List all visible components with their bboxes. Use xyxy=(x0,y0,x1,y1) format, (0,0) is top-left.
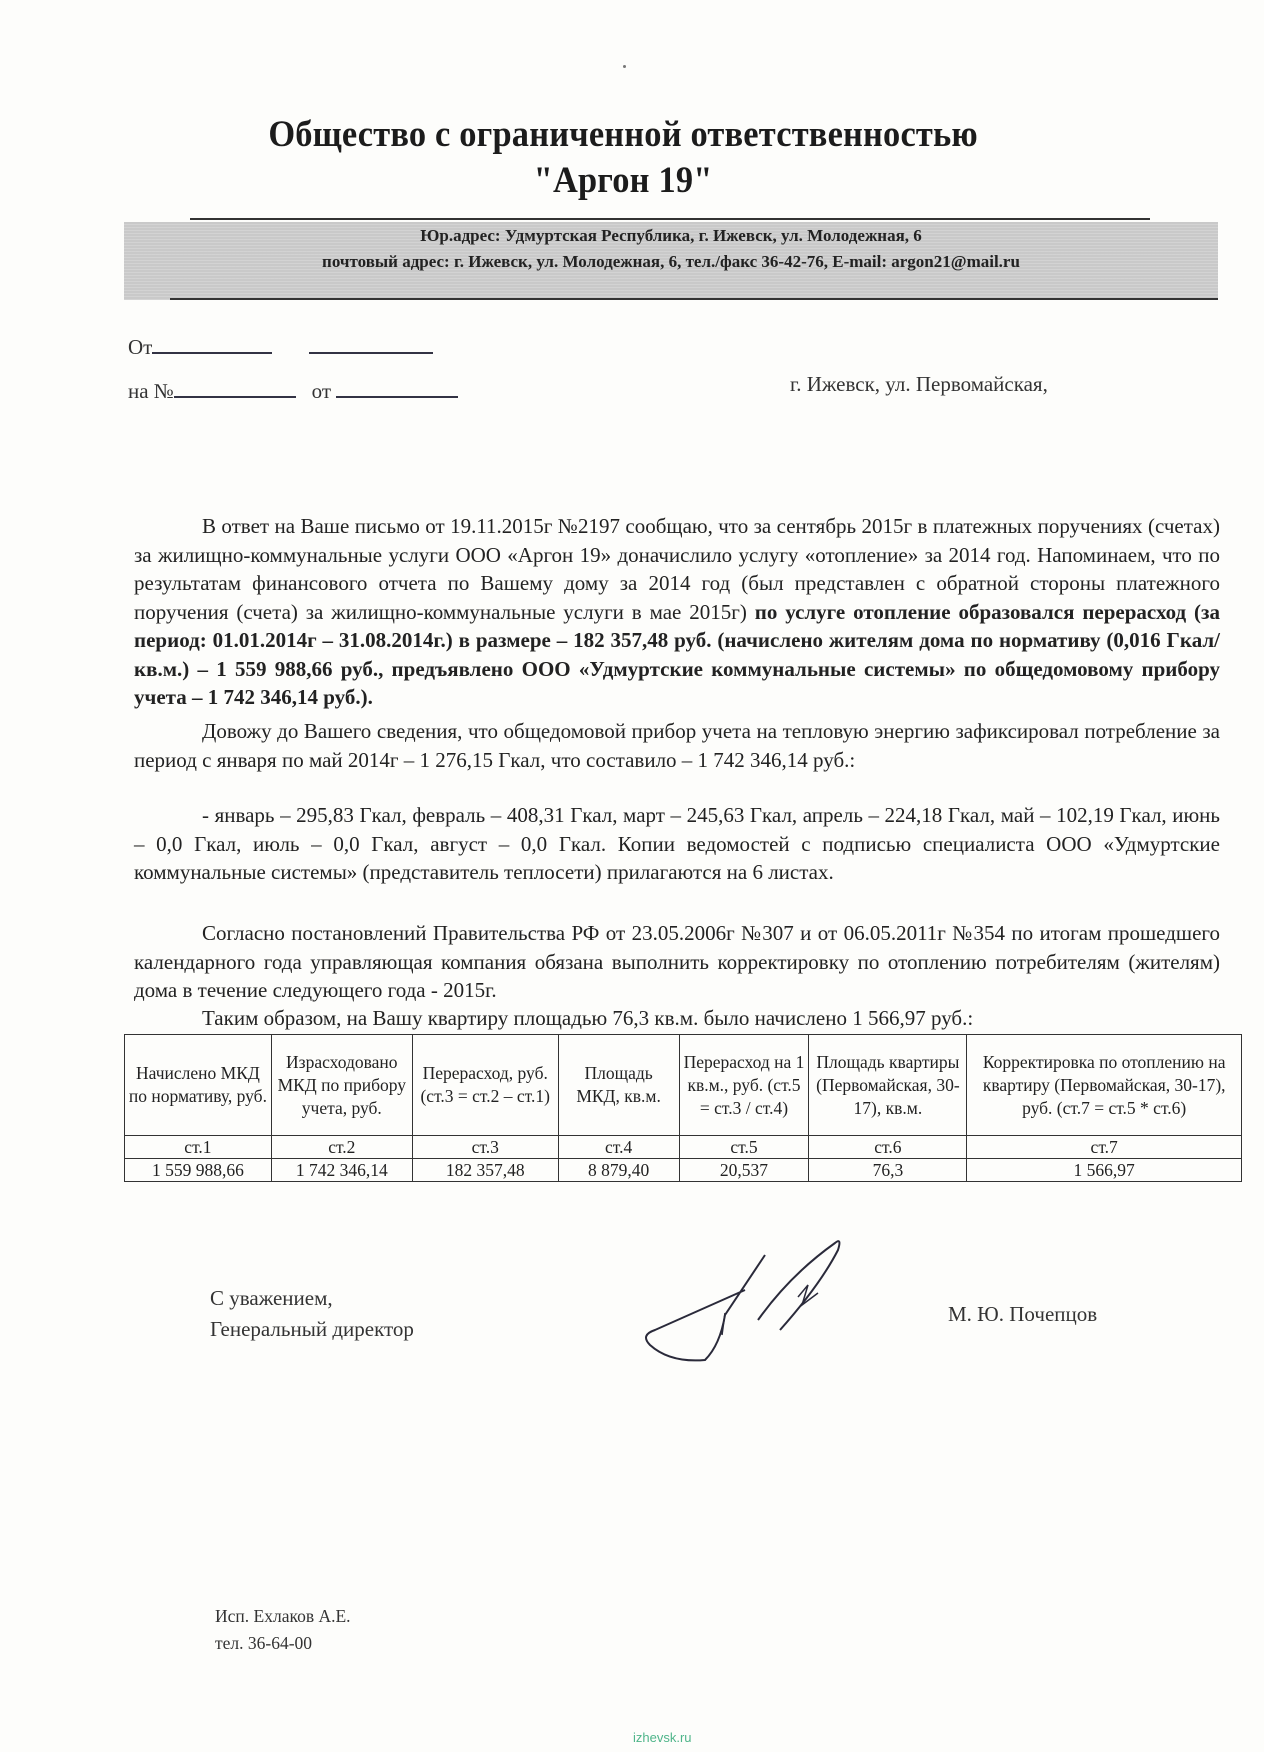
watermark: izhevsk.ru xyxy=(633,1730,692,1745)
company-title-line1: Общество с ограниченной ответственностью xyxy=(0,112,1246,158)
table-cell: 76,3 xyxy=(809,1159,967,1182)
closing-regards: С уважением, xyxy=(210,1283,414,1314)
table-cell: 182 357,48 xyxy=(412,1159,558,1182)
date-blank xyxy=(336,378,458,398)
table-cell: ст.2 xyxy=(271,1136,412,1159)
table-cell: 8 879,40 xyxy=(558,1159,679,1182)
table-cell: 1 559 988,66 xyxy=(125,1159,272,1182)
paragraph-regulation: Согласно постановлений Правительства РФ … xyxy=(134,919,1220,1005)
signer-name: М. Ю. Почепцов xyxy=(948,1302,1097,1327)
from-label: От xyxy=(128,335,152,359)
paragraph-monthly: - январь – 295,83 Гкал, февраль – 408,31… xyxy=(134,801,1220,887)
table-cell: 1 566,97 xyxy=(967,1159,1242,1182)
reference-from-line: От xyxy=(128,334,433,360)
table-cell: ст.3 xyxy=(412,1136,558,1159)
paragraph-meter-text: Довожу до Вашего сведения, что общедомов… xyxy=(134,717,1220,774)
paragraph-regulation-text: Согласно постановлений Правительства РФ … xyxy=(134,919,1220,1005)
paragraph-summary-text: Таким образом, на Вашу квартиру площадью… xyxy=(134,1004,1220,1033)
table-cell: ст.7 xyxy=(967,1136,1242,1159)
letterhead-rule-bottom xyxy=(170,298,1218,300)
table-header-cell: Корректировка по отоплению на квартиру (… xyxy=(967,1035,1242,1136)
table-cell: 1 742 346,14 xyxy=(271,1159,412,1182)
table-header-cell: Израсходовано МКД по прибору учета, руб. xyxy=(271,1035,412,1136)
legal-address: Юр.адрес: Удмуртская Республика, г. Ижев… xyxy=(124,226,1218,246)
company-title-line2: "Аргон 19" xyxy=(0,158,1246,204)
executor-phone: тел. 36-64-00 xyxy=(215,1630,351,1657)
table-header-row: Начислено МКД по нормативу, руб. Израсхо… xyxy=(125,1035,1242,1136)
number-label: на № xyxy=(128,379,174,403)
paragraph-meter: Довожу до Вашего сведения, что общедомов… xyxy=(134,717,1220,774)
from-blank-2 xyxy=(309,334,433,354)
postal-address: почтовый адрес: г. Ижевск, ул. Молодежна… xyxy=(124,252,1218,272)
closing-position: Генеральный директор xyxy=(210,1314,414,1345)
address-band: Юр.адрес: Удмуртская Республика, г. Ижев… xyxy=(124,222,1218,300)
table-header-cell: Площадь квартиры (Первомайская, 30-17), … xyxy=(809,1035,967,1136)
paragraph-reply: В ответ на Ваше письмо от 19.11.2015г №2… xyxy=(134,512,1220,712)
paragraph-summary: Таким образом, на Вашу квартиру площадью… xyxy=(134,1004,1220,1033)
table-cell: ст.4 xyxy=(558,1136,679,1159)
number-blank xyxy=(174,378,296,398)
table-cell: 20,537 xyxy=(679,1159,809,1182)
recipient-address: г. Ижевск, ул. Первомайская, xyxy=(790,372,1048,397)
table-row: 1 559 988,66 1 742 346,14 182 357,48 8 8… xyxy=(125,1159,1242,1182)
company-title: Общество с ограниченной ответственностью… xyxy=(0,112,1246,204)
table-cell: ст.1 xyxy=(125,1136,272,1159)
correction-table: Начислено МКД по нормативу, руб. Израсхо… xyxy=(124,1034,1242,1182)
table-cell: ст.5 xyxy=(679,1136,809,1159)
signature-icon xyxy=(630,1235,930,1365)
table-column-index-row: ст.1 ст.2 ст.3 ст.4 ст.5 ст.6 ст.7 xyxy=(125,1136,1242,1159)
from-blank-1 xyxy=(152,334,272,354)
table-header-cell: Перерасход, руб. (ст.3 = ст.2 – ст.1) xyxy=(412,1035,558,1136)
reference-number-line: на № от xyxy=(128,378,458,404)
date-label: от xyxy=(312,379,331,403)
letterhead-rule-top xyxy=(190,218,1150,220)
executor-block: Исп. Ехлаков А.Е. тел. 36-64-00 xyxy=(215,1603,351,1657)
scan-speck xyxy=(623,65,626,68)
table-header-cell: Начислено МКД по нормативу, руб. xyxy=(125,1035,272,1136)
table-cell: ст.6 xyxy=(809,1136,967,1159)
table-header-cell: Площадь МКД, кв.м. xyxy=(558,1035,679,1136)
closing-block: С уважением, Генеральный директор xyxy=(210,1283,414,1345)
executor-name: Исп. Ехлаков А.Е. xyxy=(215,1603,351,1630)
table-header-cell: Перерасход на 1 кв.м., руб. (ст.5 = ст.3… xyxy=(679,1035,809,1136)
paragraph-monthly-text: - январь – 295,83 Гкал, февраль – 408,31… xyxy=(134,801,1220,887)
